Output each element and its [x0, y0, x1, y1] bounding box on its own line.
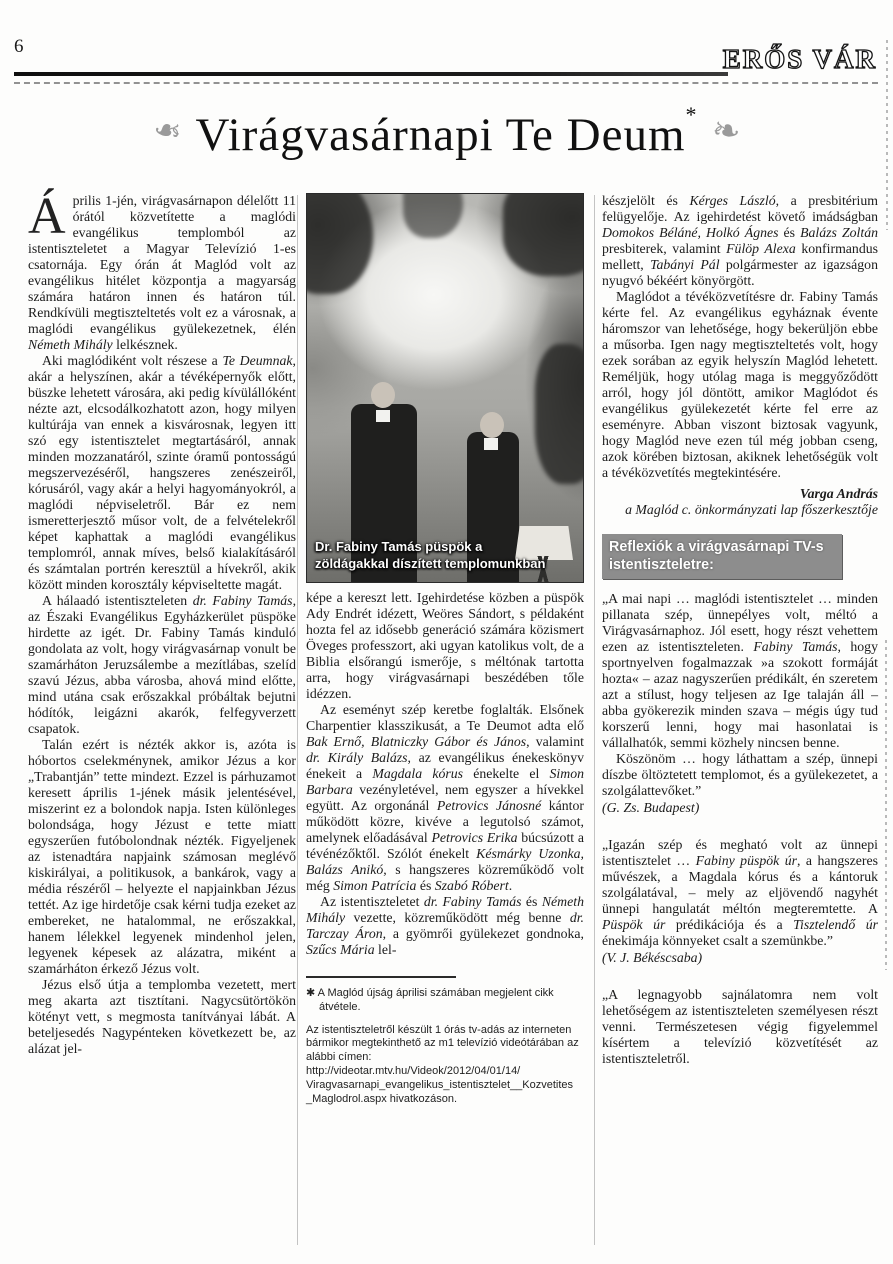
- paragraph: képe a kereszt lett. Igehirdetése közben…: [306, 590, 584, 702]
- page-number: 6: [14, 36, 24, 58]
- signature-role: a Maglód c. önkormányzati lap főszerkesz…: [602, 502, 878, 518]
- newspaper-page: 6 ERŐS VÁR ❧ Virágvasárnapi Te Deum* ❧ Á…: [0, 0, 893, 1264]
- footnote-broadcast-note: Az istentiszteletről készült 1 órás tv-a…: [306, 1024, 584, 1107]
- paragraph: A hálaadó istentiszteleten dr. Fabiny Ta…: [28, 593, 296, 737]
- title-footnote-mark: *: [686, 102, 698, 127]
- paragraph: Az istentiszteletet dr. Fabiny Tamás és …: [306, 894, 584, 958]
- masthead-title: ERŐS VÁR: [723, 44, 877, 75]
- article-title: Virágvasárnapi Te Deum*: [195, 102, 697, 162]
- photo-caption-line1: Dr. Fabiny Tamás püspök a: [315, 539, 545, 556]
- video-url-line: Viragvasarnapi_evangelikus_istentisztele…: [306, 1079, 584, 1093]
- video-url-line: http://videotar.mtv.hu/Videok/2012/04/01…: [306, 1065, 584, 1079]
- floral-ornament-icon: ❧: [709, 113, 742, 151]
- paragraph: Maglódot a tévéközvetítésre dr. Fabiny T…: [602, 289, 878, 481]
- paragraph: Április 1-jén, virágvasárnapon délelőtt …: [28, 193, 296, 353]
- header-rule-thick: [14, 72, 728, 76]
- foliage-decoration: [403, 193, 463, 238]
- paragraph: Jézus első útja a templomba vezetett, me…: [28, 977, 296, 1057]
- reflections-heading: Reflexiók a virágvasárnapi TV-s istentis…: [602, 534, 842, 579]
- column-divider: [297, 195, 298, 1245]
- floral-ornament-icon: ❧: [151, 113, 184, 151]
- photo-caption-line2: zöldágakkal díszített templomunkban: [315, 556, 545, 573]
- clergy-collar: [484, 438, 498, 450]
- drop-cap: Á: [28, 193, 73, 237]
- foliage-decoration: [503, 193, 584, 276]
- paragraph: Az eseményt szép keretbe foglalták. Első…: [306, 702, 584, 894]
- reflection-attribution: (V. J. Békéscsaba): [602, 950, 878, 966]
- paragraph: készjelölt és Kérges László, a presbitér…: [602, 193, 878, 289]
- foliage-decoration: [535, 344, 584, 484]
- reflection-attribution: (G. Zs. Budapest): [602, 800, 878, 816]
- reflection-paragraph: „A legnagyobb sajnálatomra nem volt lehe…: [602, 987, 878, 1067]
- spacer: [602, 827, 878, 837]
- article-column-1: Április 1-jén, virágvasárnapon délelőtt …: [28, 193, 296, 1057]
- pastor-figure-head: [480, 412, 504, 438]
- signature-block: Varga András a Maglód c. önkormányzati l…: [602, 486, 878, 518]
- footnote-text: A Maglód újság áprilisi számában megjele…: [318, 987, 554, 1013]
- scan-artifact: [885, 640, 887, 970]
- reflection-paragraph: Köszönöm … hogy láthattam a szép, ünnepi…: [602, 751, 878, 799]
- reflection-paragraph: „Igazán szép és megható volt az ünnepi i…: [602, 837, 878, 949]
- church-photo: Dr. Fabiny Tamás püspök a zöldágakkal dí…: [306, 193, 584, 583]
- clergy-collar: [376, 410, 390, 422]
- footnote-reprint-note: ✱ A Maglód újság áprilisi számában megje…: [306, 987, 584, 1015]
- footnote-mark: ✱: [306, 987, 315, 999]
- signature-name: Varga András: [602, 486, 878, 502]
- article-column-3: készjelölt és Kérges László, a presbitér…: [602, 193, 878, 1067]
- photo-caption: Dr. Fabiny Tamás püspök a zöldágakkal dí…: [315, 539, 545, 572]
- article-title-text: Virágvasárnapi Te Deum: [195, 109, 685, 161]
- paragraph: Talán ezért is nézték akkor is, azóta is…: [28, 737, 296, 977]
- footnote-text: Az istentiszteletről készült 1 órás tv-a…: [306, 1024, 584, 1065]
- foliage-decoration: [306, 193, 373, 294]
- reflection-paragraph: „A mai napi … maglódi istentisztelet … m…: [602, 591, 878, 751]
- bishop-figure-head: [371, 382, 395, 408]
- video-url-line: _Maglodrol.aspx hivatkozáson.: [306, 1093, 584, 1107]
- column-divider: [594, 195, 595, 1245]
- article-column-2: Dr. Fabiny Tamás püspök a zöldágakkal dí…: [306, 193, 584, 1106]
- article-headline-row: ❧ Virágvasárnapi Te Deum* ❧: [0, 92, 893, 172]
- spacer: [602, 977, 878, 987]
- header-rule-thin: [14, 82, 878, 84]
- footnote-block: ✱ A Maglód újság áprilisi számában megje…: [306, 976, 584, 1106]
- footnote-divider: [306, 976, 456, 978]
- paragraph: Aki maglódiként volt részese a Te Deumna…: [28, 353, 296, 593]
